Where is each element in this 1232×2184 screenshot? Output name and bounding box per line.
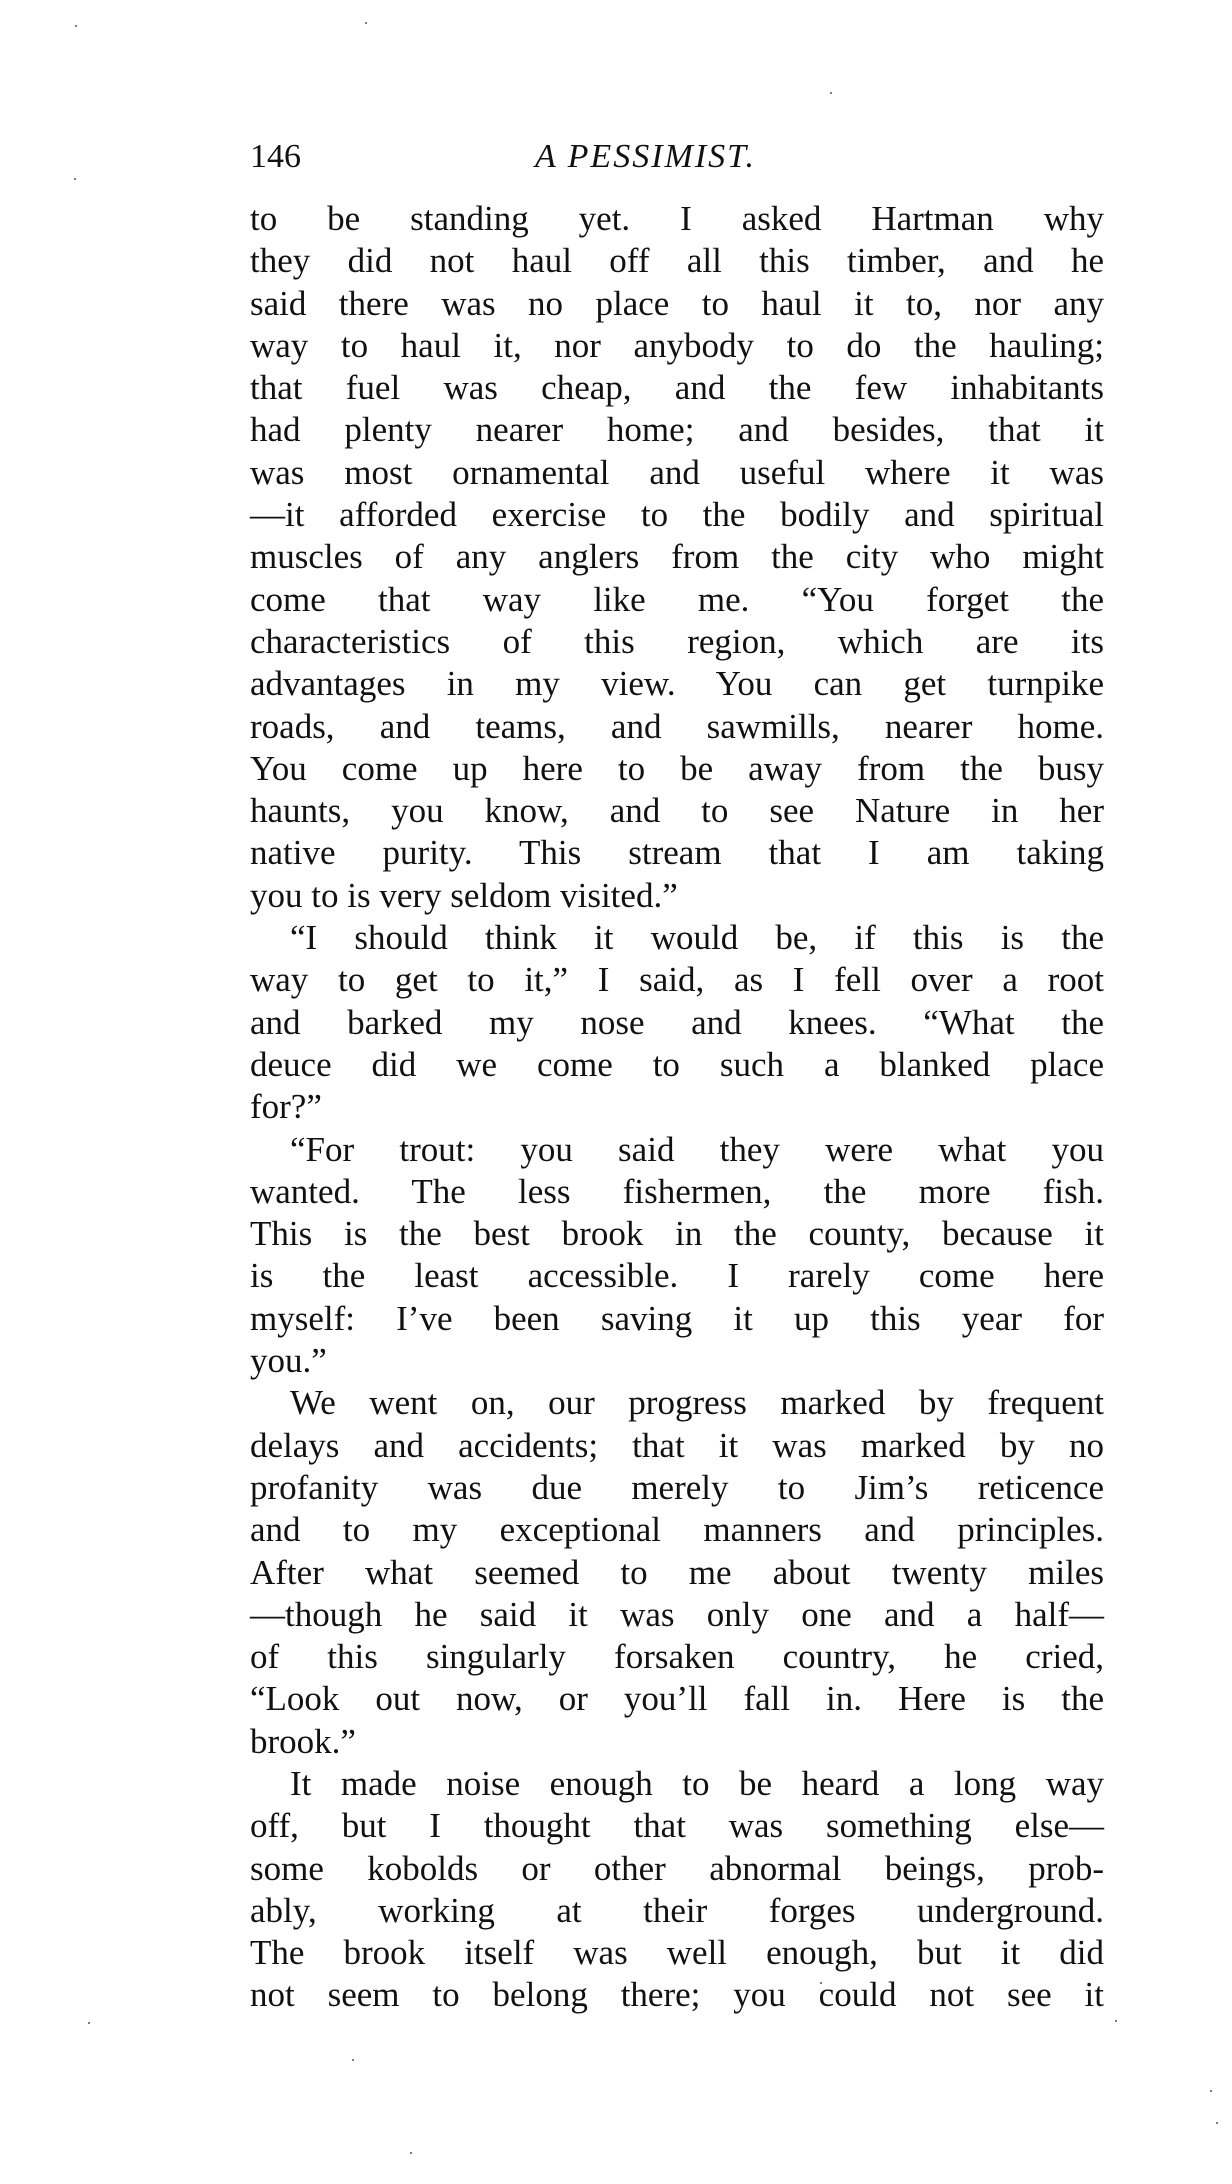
text-line: and barked my nose and knees. “What the	[250, 1002, 1104, 1044]
scan-speck	[74, 178, 76, 180]
scan-speck	[820, 1982, 822, 1984]
text-line: to be standing yet. I asked Hartman why	[250, 198, 1104, 240]
text-line: not seem to belong there; you could not …	[250, 1974, 1104, 2016]
body-text: to be standing yet. I asked Hartman whyt…	[250, 198, 1104, 2017]
text-line: had plenty nearer home; and besides, tha…	[250, 409, 1104, 451]
text-line: delays and accidents; that it was marked…	[250, 1425, 1104, 1467]
text-line: and to my exceptional manners and princi…	[250, 1509, 1104, 1551]
scan-speck	[1216, 2122, 1218, 2124]
text-line: come that way like me. “You forget the	[250, 579, 1104, 621]
text-line: they did not haul off all this timber, a…	[250, 240, 1104, 282]
paragraph: “For trout: you said they were what youw…	[250, 1129, 1104, 1383]
text-line: myself: I’ve been saving it up this year…	[250, 1298, 1104, 1340]
text-line: After what seemed to me about twenty mil…	[250, 1552, 1104, 1594]
text-line: wanted. The less fishermen, the more fis…	[250, 1171, 1104, 1213]
running-title: A PESSIMIST.	[535, 138, 756, 176]
text-line: roads, and teams, and sawmills, nearer h…	[250, 706, 1104, 748]
text-line: said there was no place to haul it to, n…	[250, 283, 1104, 325]
text-line: is the least accessible. I rarely come h…	[250, 1255, 1104, 1297]
paragraph: to be standing yet. I asked Hartman whyt…	[250, 198, 1104, 917]
scan-speck	[75, 25, 77, 27]
text-line: —though he said it was only one and a ha…	[250, 1594, 1104, 1636]
scan-speck	[410, 2152, 412, 2154]
text-line: some kobolds or other abnormal beings, p…	[250, 1848, 1104, 1890]
scan-speck	[1115, 2020, 1117, 2022]
text-line: profanity was due merely to Jim’s retice…	[250, 1467, 1104, 1509]
running-head: 146 A PESSIMIST.	[250, 138, 1104, 182]
paragraph: We went on, our progress marked by frequ…	[250, 1382, 1104, 1763]
text-line: “I should think it would be, if this is …	[250, 917, 1104, 959]
text-line: “For trout: you said they were what you	[250, 1129, 1104, 1171]
scan-speck	[830, 92, 832, 94]
text-line: that fuel was cheap, and the few inhabit…	[250, 367, 1104, 409]
scan-speck	[365, 22, 367, 24]
text-line: way to haul it, nor anybody to do the ha…	[250, 325, 1104, 367]
text-line: It made noise enough to be heard a long …	[250, 1763, 1104, 1805]
text-line: native purity. This stream that I am tak…	[250, 832, 1104, 874]
text-line: deuce did we come to such a blanked plac…	[250, 1044, 1104, 1086]
text-line: way to get to it,” I said, as I fell ove…	[250, 959, 1104, 1001]
text-line: of this singularly forsaken country, he …	[250, 1636, 1104, 1678]
book-page: 146 A PESSIMIST. to be standing yet. I a…	[0, 0, 1232, 2184]
text-line: characteristics of this region, which ar…	[250, 621, 1104, 663]
text-line: The brook itself was well enough, but it…	[250, 1932, 1104, 1974]
scan-speck	[352, 2059, 354, 2061]
text-line: This is the best brook in the county, be…	[250, 1213, 1104, 1255]
text-line: you.”	[250, 1340, 1104, 1382]
page-number: 146	[250, 138, 301, 176]
paragraph: It made noise enough to be heard a long …	[250, 1763, 1104, 2017]
text-line: muscles of any anglers from the city who…	[250, 536, 1104, 578]
text-line: “Look out now, or you’ll fall in. Here i…	[250, 1678, 1104, 1720]
text-line: —it afforded exercise to the bodily and …	[250, 494, 1104, 536]
text-line: advantages in my view. You can get turnp…	[250, 663, 1104, 705]
text-line: brook.”	[250, 1721, 1104, 1763]
text-line: you to is very seldom visited.”	[250, 875, 1104, 917]
scan-speck	[88, 2022, 90, 2024]
paragraph: “I should think it would be, if this is …	[250, 917, 1104, 1128]
text-line: haunts, you know, and to see Nature in h…	[250, 790, 1104, 832]
text-line: for?”	[250, 1086, 1104, 1128]
text-line: was most ornamental and useful where it …	[250, 452, 1104, 494]
text-line: ably, working at their forges undergroun…	[250, 1890, 1104, 1932]
text-line: We went on, our progress marked by frequ…	[250, 1382, 1104, 1424]
text-line: You come up here to be away from the bus…	[250, 748, 1104, 790]
scan-speck	[1210, 2090, 1212, 2092]
text-line: off, but I thought that was something el…	[250, 1805, 1104, 1847]
